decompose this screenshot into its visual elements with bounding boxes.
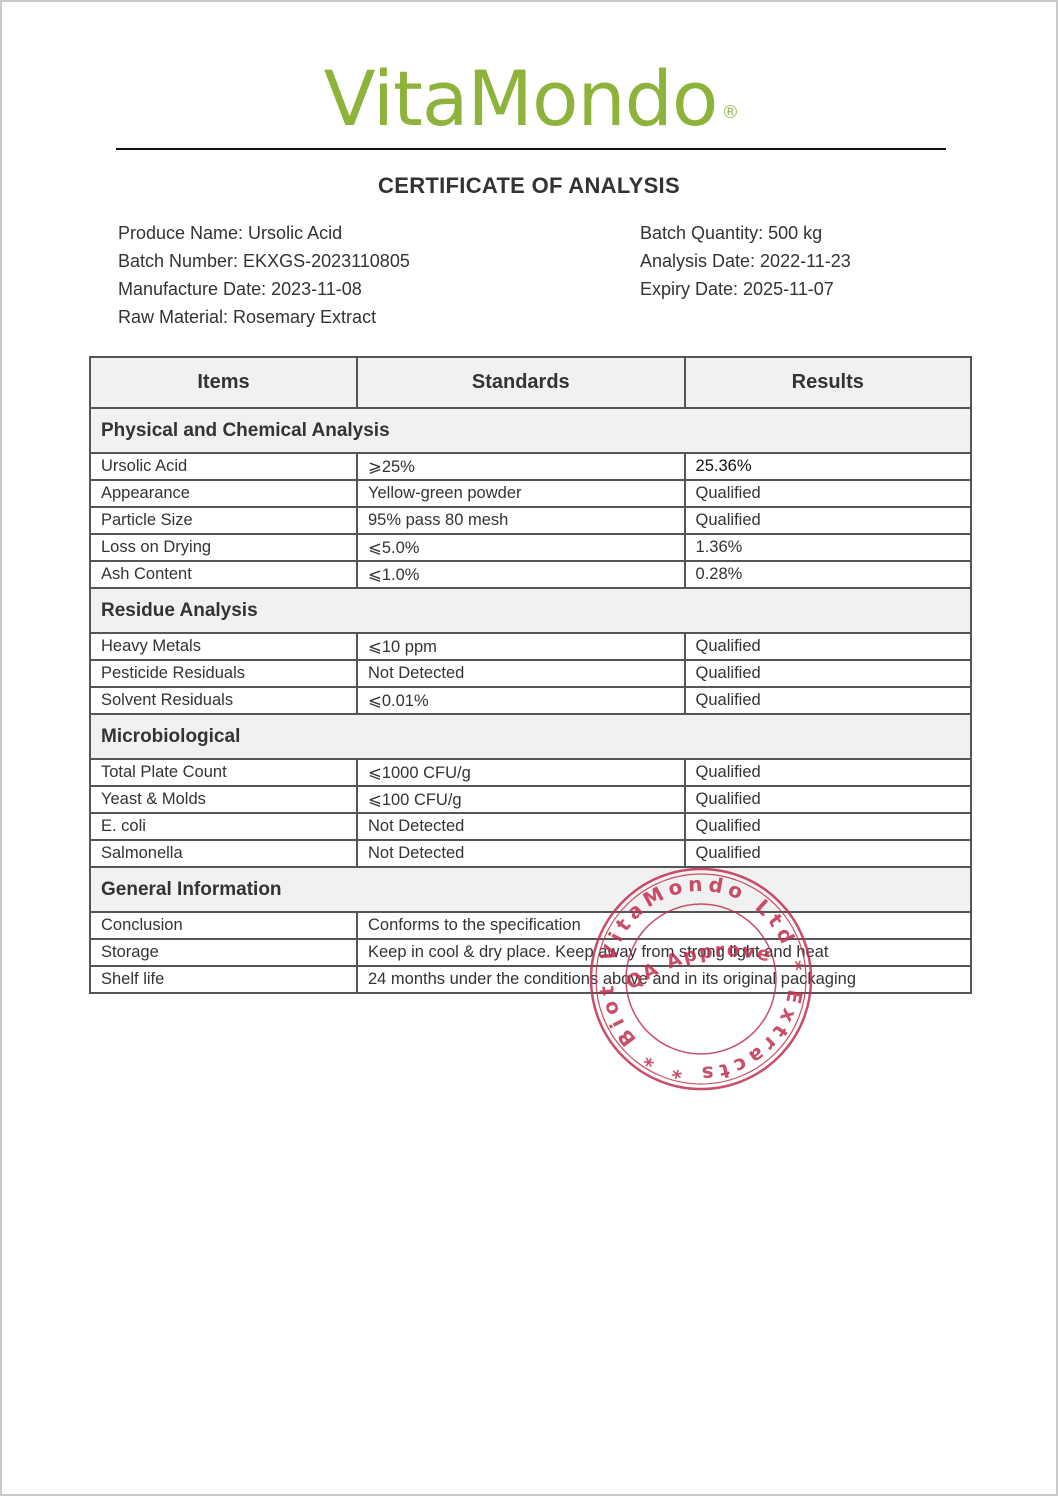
table-row: Pesticide ResidualsNot DetectedQualified: [90, 660, 971, 687]
column-header-items: Items: [90, 357, 357, 408]
header-divider: [116, 148, 946, 150]
standard-cell: ⩾25%: [357, 453, 685, 480]
result-cell: Qualified: [685, 507, 971, 534]
certificate-page: VitaMondo® CERTIFICATE OF ANALYSIS Produ…: [0, 0, 1058, 1496]
expiry-date: Expiry Date: 2025-11-07: [640, 275, 851, 303]
item-cell: Solvent Residuals: [90, 687, 357, 714]
section-header-row: Microbiological: [90, 714, 971, 759]
table-row: Heavy Metals⩽10 ppmQualified: [90, 633, 971, 660]
standard-cell: Not Detected: [357, 813, 685, 840]
standard-cell: ⩽10 ppm: [357, 633, 685, 660]
section-title: Physical and Chemical Analysis: [90, 408, 971, 453]
result-cell: Qualified: [685, 660, 971, 687]
table-row: E. coliNot DetectedQualified: [90, 813, 971, 840]
section-header-row: Physical and Chemical Analysis: [90, 408, 971, 453]
section-header-row: Residue Analysis: [90, 588, 971, 633]
table-header-row: Items Standards Results: [90, 357, 971, 408]
standard-cell: Not Detected: [357, 660, 685, 687]
column-header-standards: Standards: [357, 357, 685, 408]
brand-name: VitaMondo: [324, 54, 718, 143]
registered-mark: ®: [721, 102, 738, 123]
standard-cell: ⩽0.01%: [357, 687, 685, 714]
item-cell: Storage: [90, 939, 357, 966]
product-name: Produce Name: Ursolic Acid: [118, 219, 410, 247]
result-cell: Qualified: [685, 759, 971, 786]
item-cell: Yeast & Molds: [90, 786, 357, 813]
info-cell: Conforms to the specification: [357, 912, 971, 939]
item-cell: Total Plate Count: [90, 759, 357, 786]
result-cell: Qualified: [685, 480, 971, 507]
table-row: AppearanceYellow-green powderQualified: [90, 480, 971, 507]
standard-cell: Not Detected: [357, 840, 685, 867]
document-title: CERTIFICATE OF ANALYSIS: [2, 173, 1056, 199]
standard-cell: ⩽1000 CFU/g: [357, 759, 685, 786]
standard-cell: ⩽100 CFU/g: [357, 786, 685, 813]
result-cell: 0.28%: [685, 561, 971, 588]
table-row: Loss on Drying⩽5.0%1.36%: [90, 534, 971, 561]
info-cell: 24 months under the conditions above and…: [357, 966, 971, 993]
standard-cell: 95% pass 80 mesh: [357, 507, 685, 534]
standard-cell: ⩽1.0%: [357, 561, 685, 588]
table-row: StorageKeep in cool & dry place. Keep aw…: [90, 939, 971, 966]
result-cell: Qualified: [685, 813, 971, 840]
section-title: Residue Analysis: [90, 588, 971, 633]
result-cell: Qualified: [685, 786, 971, 813]
column-header-results: Results: [685, 357, 971, 408]
result-cell: Qualified: [685, 633, 971, 660]
batch-number: Batch Number: EKXGS-2023110805: [118, 247, 410, 275]
item-cell: Heavy Metals: [90, 633, 357, 660]
item-cell: Appearance: [90, 480, 357, 507]
section-header-row: General Information: [90, 867, 971, 912]
item-cell: Loss on Drying: [90, 534, 357, 561]
table-row: Particle Size95% pass 80 meshQualified: [90, 507, 971, 534]
item-cell: Ursolic Acid: [90, 453, 357, 480]
table-row: ConclusionConforms to the specification: [90, 912, 971, 939]
standard-cell: Yellow-green powder: [357, 480, 685, 507]
product-info-right: Batch Quantity: 500 kg Analysis Date: 20…: [640, 219, 851, 303]
table-row: SalmonellaNot DetectedQualified: [90, 840, 971, 867]
item-cell: Shelf life: [90, 966, 357, 993]
table-row: Ursolic Acid⩾25%25.36%: [90, 453, 971, 480]
raw-material: Raw Material: Rosemary Extract: [118, 303, 410, 331]
analysis-date: Analysis Date: 2022-11-23: [640, 247, 851, 275]
item-cell: E. coli: [90, 813, 357, 840]
item-cell: Particle Size: [90, 507, 357, 534]
table-row: Shelf life24 months under the conditions…: [90, 966, 971, 993]
manufacture-date: Manufacture Date: 2023-11-08: [118, 275, 410, 303]
item-cell: Conclusion: [90, 912, 357, 939]
section-title: General Information: [90, 867, 971, 912]
result-cell: Qualified: [685, 840, 971, 867]
result-cell: 25.36%: [685, 453, 971, 480]
product-info-left: Produce Name: Ursolic Acid Batch Number:…: [118, 219, 410, 331]
table-row: Yeast & Molds⩽100 CFU/gQualified: [90, 786, 971, 813]
result-cell: Qualified: [685, 687, 971, 714]
analysis-table: Items Standards Results Physical and Che…: [89, 356, 972, 994]
table-row: Solvent Residuals⩽0.01%Qualified: [90, 687, 971, 714]
item-cell: Pesticide Residuals: [90, 660, 357, 687]
table-row: Ash Content⩽1.0%0.28%: [90, 561, 971, 588]
batch-quantity: Batch Quantity: 500 kg: [640, 219, 851, 247]
table-row: Total Plate Count⩽1000 CFU/gQualified: [90, 759, 971, 786]
item-cell: Salmonella: [90, 840, 357, 867]
info-cell: Keep in cool & dry place. Keep away from…: [357, 939, 971, 966]
brand-logo: VitaMondo®: [2, 54, 1056, 144]
item-cell: Ash Content: [90, 561, 357, 588]
section-title: Microbiological: [90, 714, 971, 759]
result-cell: 1.36%: [685, 534, 971, 561]
standard-cell: ⩽5.0%: [357, 534, 685, 561]
